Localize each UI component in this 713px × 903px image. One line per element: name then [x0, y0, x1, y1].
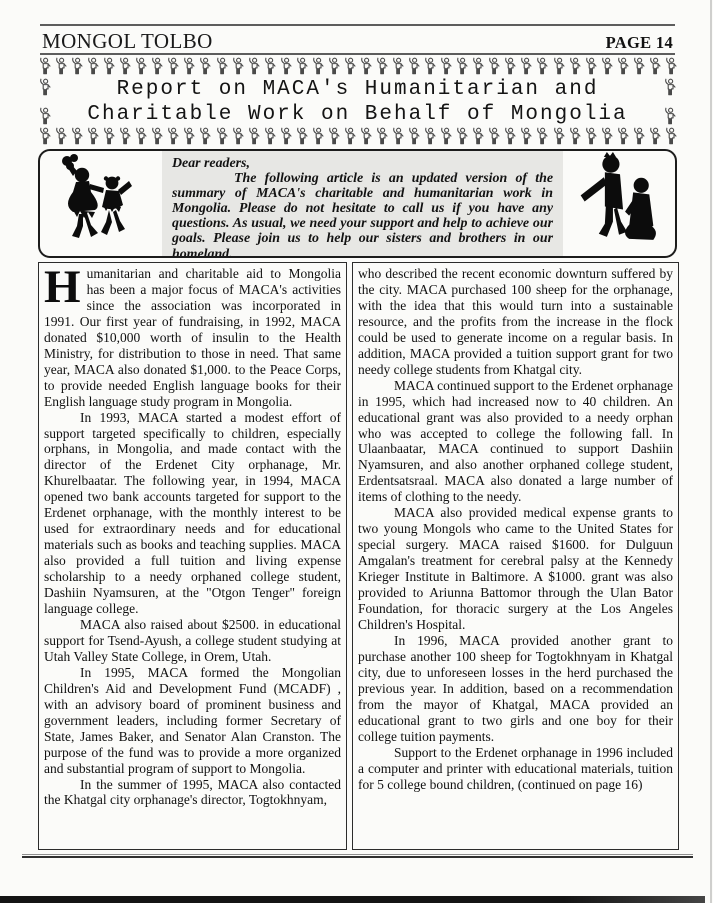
- child-figure-icon: [632, 57, 645, 76]
- child-figure-icon: [471, 127, 484, 146]
- child-figure-icon: [375, 127, 388, 146]
- child-figure-icon: [118, 127, 131, 146]
- child-figure-icon: [423, 127, 436, 146]
- child-figure-icon: [182, 127, 195, 146]
- bottom-black-bar: [0, 896, 705, 903]
- child-figure-icon: [70, 57, 83, 76]
- child-figure-icon: [568, 127, 581, 146]
- page-number-label: PAGE 14: [606, 33, 673, 53]
- child-figure-icon: [311, 57, 324, 76]
- child-figure-icon: [198, 127, 211, 146]
- child-figure-icon: [263, 127, 276, 146]
- child-figure-icon: [279, 57, 292, 76]
- masthead-rule: [40, 53, 675, 55]
- child-figure-icon: [295, 57, 308, 76]
- child-figure-icon: [231, 57, 244, 76]
- paragraph-text: umanitarian and charitable aid to Mongol…: [44, 266, 341, 409]
- child-figure-icon: [535, 127, 548, 146]
- article-column-right: who described the recent economic downtu…: [352, 262, 679, 850]
- child-figure-icon: [359, 57, 372, 76]
- child-figure-icon: [327, 57, 340, 76]
- editor-note-box: Dear readers, The following article is a…: [38, 149, 677, 258]
- child-figure-icon: [343, 57, 356, 76]
- child-figure-icon: [391, 127, 404, 146]
- child-figure-icon: [150, 127, 163, 146]
- child-figure-icon: [423, 57, 436, 76]
- editor-note-body: The following article is an updated vers…: [172, 171, 553, 256]
- child-figure-icon: [455, 127, 468, 146]
- article-body: Humanitarian and charitable aid to Mongo…: [38, 262, 679, 850]
- child-figure-icon: [616, 127, 629, 146]
- child-figure-icon: [118, 57, 131, 76]
- child-figure-icon: [263, 57, 276, 76]
- child-figure-icon: [584, 57, 597, 76]
- child-figure-icon: [503, 127, 516, 146]
- child-figure-icon: [166, 57, 179, 76]
- child-figure-icon: [215, 127, 228, 146]
- child-figure-icon: [247, 57, 260, 76]
- child-figure-icon: [375, 57, 388, 76]
- child-figure-icon: [503, 57, 516, 76]
- sitting-children-silhouette-icon: [563, 151, 675, 256]
- title-block: Report on MACA's Humanitarian and Charit…: [38, 78, 677, 126]
- child-figure-icon: [664, 127, 677, 146]
- child-figure-icon: [54, 127, 67, 146]
- paragraph: Support to the Erdenet orphanage in 1996…: [358, 745, 673, 793]
- child-figure-icon: [439, 127, 452, 146]
- child-figure-icon: [134, 127, 147, 146]
- child-figure-icon: [664, 57, 677, 76]
- editor-note-salutation: Dear readers,: [172, 156, 553, 171]
- child-figure-icon: [150, 57, 163, 76]
- child-figure-icon: [600, 127, 613, 146]
- child-figure-icon: [38, 107, 51, 126]
- child-figure-icon: [327, 127, 340, 146]
- paragraph: MACA also raised about $2500. in educati…: [44, 617, 341, 665]
- figure-border-right: [663, 78, 677, 126]
- child-figure-icon: [86, 127, 99, 146]
- child-figure-icon: [247, 127, 260, 146]
- masthead: MONGOL TOLBO PAGE 14: [42, 29, 673, 51]
- child-figure-icon: [231, 127, 244, 146]
- footer-double-rule: [22, 854, 693, 858]
- child-figure-icon: [519, 57, 532, 76]
- child-figure-icon: [632, 127, 645, 146]
- child-figure-icon: [70, 127, 83, 146]
- child-figure-icon: [134, 57, 147, 76]
- figure-border-top: [38, 57, 677, 77]
- child-figure-icon: [311, 127, 324, 146]
- child-figure-icon: [359, 127, 372, 146]
- child-figure-icon: [471, 57, 484, 76]
- child-figure-icon: [616, 57, 629, 76]
- newsletter-page: MONGOL TOLBO PAGE 14 Report on MACA's Hu…: [0, 0, 713, 903]
- article-title-line2: Charitable Work on Behalf of Mongolia: [52, 103, 663, 126]
- paragraph: Humanitarian and charitable aid to Mongo…: [44, 266, 341, 410]
- figure-border-bottom: [38, 127, 677, 147]
- child-figure-icon: [552, 127, 565, 146]
- paragraph: In 1995, MACA formed the Mongolian Child…: [44, 665, 341, 777]
- child-figure-icon: [102, 127, 115, 146]
- child-figure-icon: [102, 57, 115, 76]
- child-figure-icon: [519, 127, 532, 146]
- child-figure-icon: [648, 57, 661, 76]
- child-figure-icon: [407, 57, 420, 76]
- paragraph: MACA continued support to the Erdenet or…: [358, 378, 673, 506]
- figure-border-left: [38, 78, 52, 126]
- child-figure-icon: [295, 127, 308, 146]
- child-figure-icon: [182, 57, 195, 76]
- child-figure-icon: [568, 57, 581, 76]
- title-banner: Report on MACA's Humanitarian and Charit…: [38, 57, 677, 147]
- newsletter-title: MONGOL TOLBO: [42, 29, 213, 54]
- child-figure-icon: [54, 57, 67, 76]
- child-figure-icon: [38, 127, 51, 146]
- article-title-line1: Report on MACA's Humanitarian and: [52, 78, 663, 101]
- child-figure-icon: [600, 57, 613, 76]
- editor-note-panel: Dear readers, The following article is a…: [162, 151, 563, 256]
- child-figure-icon: [648, 127, 661, 146]
- child-figure-icon: [166, 127, 179, 146]
- child-figure-icon: [663, 78, 676, 97]
- child-figure-icon: [38, 57, 51, 76]
- child-figure-icon: [552, 57, 565, 76]
- paragraph: MACA also provided medical expense grant…: [358, 505, 673, 633]
- child-figure-icon: [343, 127, 356, 146]
- child-figure-icon: [584, 127, 597, 146]
- child-figure-icon: [663, 107, 676, 126]
- paragraph: who described the recent economic downtu…: [358, 266, 673, 378]
- child-figure-icon: [86, 57, 99, 76]
- child-figure-icon: [535, 57, 548, 76]
- paragraph: In 1996, MACA provided another grant to …: [358, 633, 673, 745]
- child-figure-icon: [215, 57, 228, 76]
- child-figure-icon: [487, 57, 500, 76]
- drop-cap: H: [44, 266, 87, 306]
- dancing-children-silhouette-icon: [40, 152, 162, 256]
- child-figure-icon: [407, 127, 420, 146]
- child-figure-icon: [198, 57, 211, 76]
- child-figure-icon: [391, 57, 404, 76]
- paragraph: In the summer of 1995, MACA also contact…: [44, 777, 341, 809]
- child-figure-icon: [439, 57, 452, 76]
- paragraph: In 1993, MACA started a modest effort of…: [44, 410, 341, 617]
- child-figure-icon: [455, 57, 468, 76]
- child-figure-icon: [487, 127, 500, 146]
- top-rule: [40, 24, 675, 26]
- child-figure-icon: [38, 78, 51, 97]
- article-column-left: Humanitarian and charitable aid to Mongo…: [38, 262, 347, 850]
- child-figure-icon: [279, 127, 292, 146]
